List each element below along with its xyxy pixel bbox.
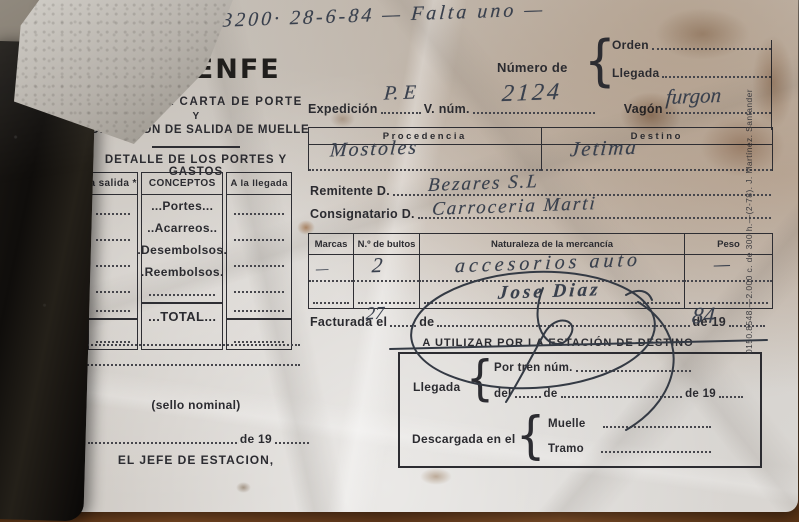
charges-blank-line <box>227 273 291 299</box>
facturada-de-label: de <box>419 315 434 329</box>
destino-box-heading: A UTILIZAR POR LA ESTACIÓN DE DESTINO <box>348 337 768 349</box>
charges-blank-line <box>227 247 291 273</box>
handwritten-signature: Jose Diaz <box>497 279 601 305</box>
del-label: del <box>494 388 512 400</box>
vagon-label: Vagón <box>624 102 663 116</box>
charges-blank-line <box>89 247 137 273</box>
box-llegada-brace: { <box>466 355 494 403</box>
charges-header-conceptos: CONCEPTOS <box>142 173 222 195</box>
blank-dotted-line <box>84 344 300 346</box>
box-llegada-label: Llegada <box>413 380 460 394</box>
bottom-date-line: de de 19 <box>70 432 312 446</box>
goods-header-marcas: Marcas <box>309 234 353 255</box>
muelle-line: Muelle <box>548 418 714 430</box>
handwritten-top-note: 3200· 28-6-84 — Falta uno — <box>221 0 546 33</box>
vnum-label: V. núm. <box>424 102 470 116</box>
orden-line: Orden <box>612 38 774 52</box>
remitente-label: Remitente D. <box>310 184 390 198</box>
goods-header-bultos: N.º de bultos <box>353 234 419 255</box>
handwritten-day-value: 27 <box>365 303 384 325</box>
de-label: de <box>544 388 558 400</box>
charges-blank-line <box>89 299 137 318</box>
photo-of-renfe-waybill: 3200· 28-6-84 — Falta uno — RENFE ACTO D… <box>0 0 799 522</box>
charges-blank-line <box>227 221 291 247</box>
box-descargada-brace: { <box>516 410 545 461</box>
handwritten-year-value: 84 <box>691 303 716 330</box>
charges-blank-line <box>227 195 291 221</box>
handwritten-destino-value: Jetima <box>569 135 639 162</box>
blank-dotted-line <box>84 364 300 366</box>
destino-box: Llegada { Por tren núm. del de de 19 Des… <box>398 352 762 468</box>
expedicion-label: Expedición <box>308 102 378 116</box>
por-tren-label: Por tren núm. <box>494 362 573 374</box>
handwritten-remitente-value: Bezares S.L <box>427 171 540 197</box>
llegada-num-line: Llegada <box>612 66 774 80</box>
charges-table: a salida * CONCEPTOS ...Portes... ..Acar… <box>88 172 292 350</box>
handwritten-marcas-value: — <box>315 262 329 278</box>
date-de19-label: de 19 <box>240 432 272 446</box>
charges-row-acarreos: ..Acarreos.. <box>142 217 222 239</box>
charges-blank-line <box>142 283 222 302</box>
title-divider <box>152 146 240 148</box>
jefe-estacion-label: EL JEFE DE ESTACION, <box>82 453 310 467</box>
charges-blank-line <box>89 195 137 221</box>
charges-blank-line <box>89 221 137 247</box>
handwritten-vnum-value: 2124 <box>501 79 563 108</box>
de19-label: de 19 <box>685 388 716 400</box>
margin-line <box>771 40 772 130</box>
descargada-label: Descargada en el <box>412 432 516 446</box>
muelle-label: Muelle <box>548 418 586 430</box>
goods-cell-blank <box>309 282 353 308</box>
charges-row-total: ...TOTAL... <box>142 302 222 329</box>
handwritten-bultos-value: 2 <box>371 253 383 278</box>
charges-col-salida: a salida * <box>88 172 138 350</box>
charges-row-desembolsos: .Desembolsos. <box>142 239 222 261</box>
charges-blank-line <box>89 273 137 299</box>
goods-cell-bultos <box>353 255 419 282</box>
goods-header-peso: Peso <box>684 234 772 255</box>
llegada-date-line: del de de 19 <box>494 388 746 400</box>
numero-de-label: Número de <box>497 60 568 75</box>
tramo-label: Tramo <box>548 443 584 455</box>
handwritten-expedicion-value: P. E <box>383 81 416 105</box>
sello-nominal-label: (sello nominal) <box>82 398 310 412</box>
charges-row-portes: ...Portes... <box>142 195 222 217</box>
printer-imprint: 0150.8548.—2.000 c. de 300 h.—(2-78). J.… <box>744 82 754 354</box>
handwritten-procedencia-value: Mostoles <box>329 136 419 162</box>
handwritten-vagon-value: furgon <box>665 83 722 110</box>
handwritten-peso-value: — <box>713 254 730 276</box>
charges-col-conceptos: CONCEPTOS ...Portes... ..Acarreos.. .Des… <box>141 172 223 350</box>
charges-header-llegada: A la llegada <box>227 173 291 195</box>
charges-row-reembolsos: .Reembolsos. <box>142 261 222 283</box>
consignatario-label: Consignatario D. <box>310 207 415 221</box>
llegada-label: Llegada <box>612 66 659 80</box>
charges-header-salida: a salida * <box>89 173 137 195</box>
goods-cell-blank <box>353 282 419 308</box>
tramo-line: Tramo <box>548 443 714 455</box>
por-tren-line: Por tren núm. <box>494 362 694 374</box>
orden-label: Orden <box>612 38 649 52</box>
charges-col-llegada: A la llegada <box>226 172 292 350</box>
charges-blank-line <box>227 299 291 318</box>
